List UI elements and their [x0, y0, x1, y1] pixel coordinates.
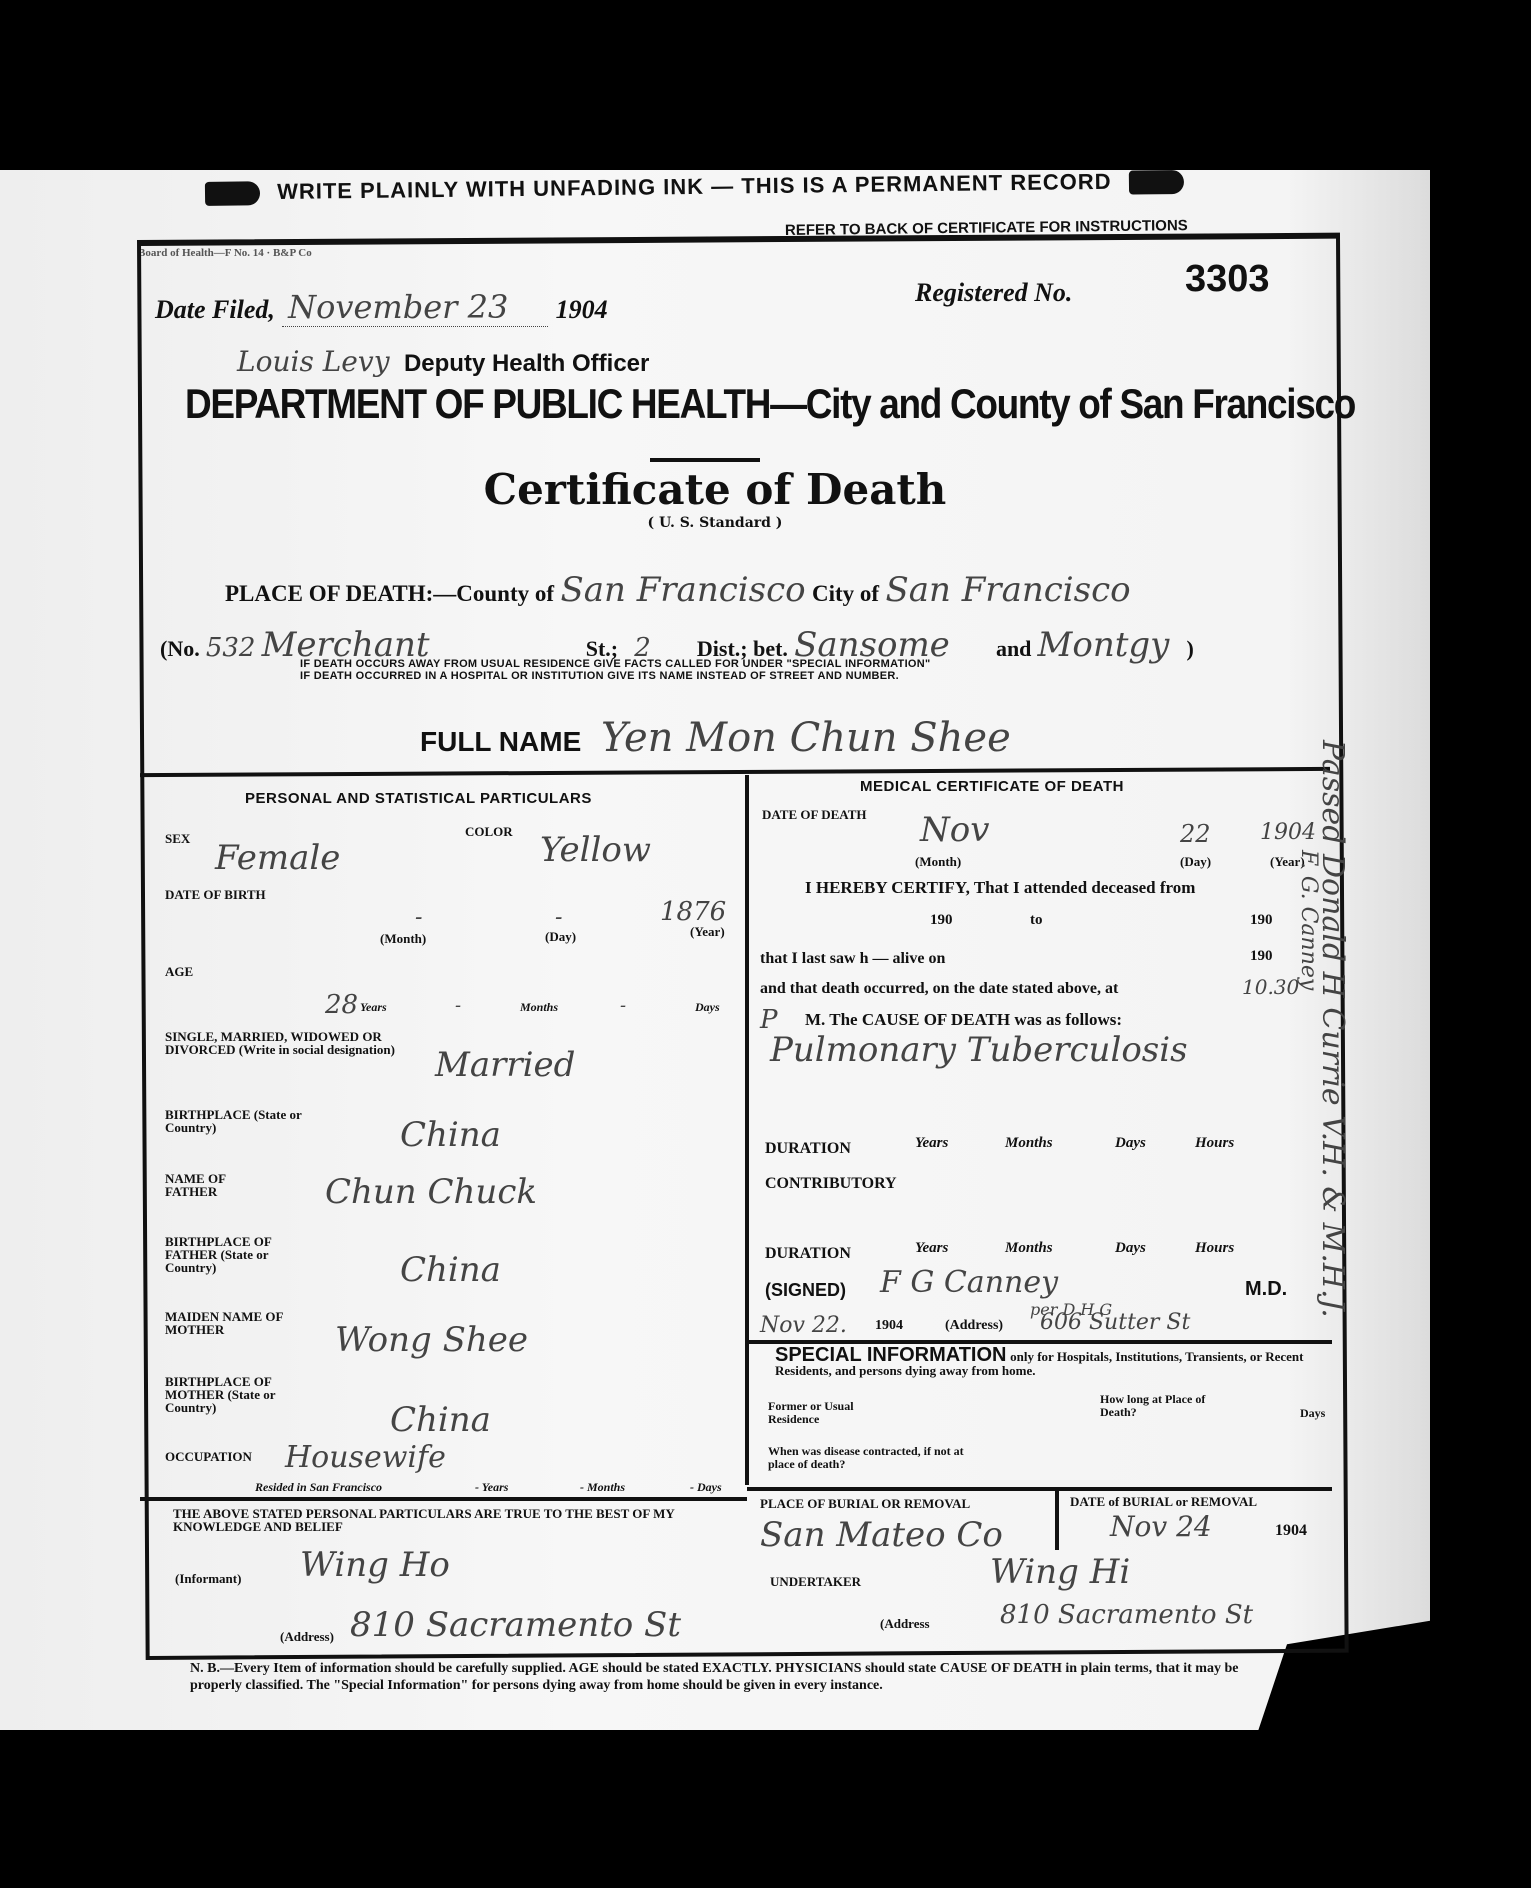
- father-birthplace-value: China: [400, 1250, 501, 1290]
- full-name-value: Yen Mon Chun Shee: [601, 715, 1011, 761]
- city-value: San Francisco: [885, 570, 1130, 610]
- column-divider: [745, 775, 749, 1485]
- burial-place-value: San Mateo Co: [760, 1515, 1003, 1555]
- sex-value: Female: [215, 838, 340, 878]
- undertaker-address: 810 Sacramento St: [1000, 1600, 1253, 1630]
- mother-value: Wong Shee: [335, 1320, 528, 1360]
- occupation-value: Housewife: [285, 1440, 446, 1475]
- margin-annotation: Passed Donald H Currie V.H. & M.H.J. F. …: [1296, 740, 1350, 1318]
- cause-of-death-value: Pulmonary Tuberculosis: [770, 1030, 1188, 1070]
- medical-title: MEDICAL CERTIFICATE OF DEATH: [860, 778, 1124, 795]
- informant-statement: THE ABOVE STATED PERSONAL PARTICULARS AR…: [173, 1507, 743, 1533]
- date-filed-value: November 23: [282, 288, 548, 327]
- dod-day-value: 22: [1180, 820, 1211, 848]
- burial-date-value: Nov 24: [1110, 1510, 1212, 1543]
- deputy-signature: Louis Levy: [237, 345, 390, 378]
- certificate-title: Certificate of Death: [0, 465, 1430, 514]
- age-years-value: 28: [325, 990, 358, 1020]
- place-instructions: IF DEATH OCCURS AWAY FROM USUAL RESIDENC…: [300, 658, 931, 682]
- county-value: San Francisco: [560, 570, 805, 610]
- dod-month-value: Nov: [920, 810, 989, 850]
- date-filed: Date Filed, November 23 1904: [155, 288, 608, 326]
- pointing-hand-icon: [205, 181, 260, 206]
- father-value: Chun Chuck: [325, 1172, 537, 1212]
- registered-label: Registered No.: [915, 278, 1072, 308]
- personal-title: PERSONAL AND STATISTICAL PARTICULARS: [245, 790, 592, 807]
- place-of-death: PLACE OF DEATH:—County of San Francisco …: [225, 570, 1131, 610]
- registered-number: 3303: [1185, 258, 1270, 301]
- certificate-subtitle: ( U. S. Standard ): [0, 515, 1430, 531]
- dob-year-value: 1876: [660, 897, 726, 927]
- special-info-header: SPECIAL INFORMATION only for Hospitals, …: [775, 1348, 1325, 1378]
- color-value: Yellow: [540, 830, 651, 870]
- physician-signature: F G Canney: [880, 1265, 1058, 1300]
- marital-value: Married: [435, 1045, 575, 1085]
- signed-date: Nov 22.: [760, 1313, 847, 1338]
- physician-address: 606 Sutter St: [1040, 1310, 1190, 1335]
- pointing-hand-icon: [1129, 170, 1184, 195]
- death-time-value: 10.30: [1242, 975, 1299, 999]
- deputy-officer: Louis Levy Deputy Health Officer: [237, 345, 649, 378]
- informant-address: 810 Sacramento St: [350, 1605, 681, 1645]
- footnote: N. B.—Every Item of information should b…: [190, 1660, 1270, 1694]
- birthplace-value: China: [400, 1115, 501, 1155]
- informant-name: Wing Ho: [300, 1545, 450, 1585]
- mother-birthplace-value: China: [390, 1400, 491, 1440]
- full-name: FULL NAME Yen Mon Chun Shee: [420, 715, 1011, 761]
- undertaker-value: Wing Hi: [990, 1552, 1130, 1592]
- department-heading: DEPARTMENT OF PUBLIC HEALTH—City and Cou…: [185, 380, 1355, 428]
- divider: [650, 458, 760, 462]
